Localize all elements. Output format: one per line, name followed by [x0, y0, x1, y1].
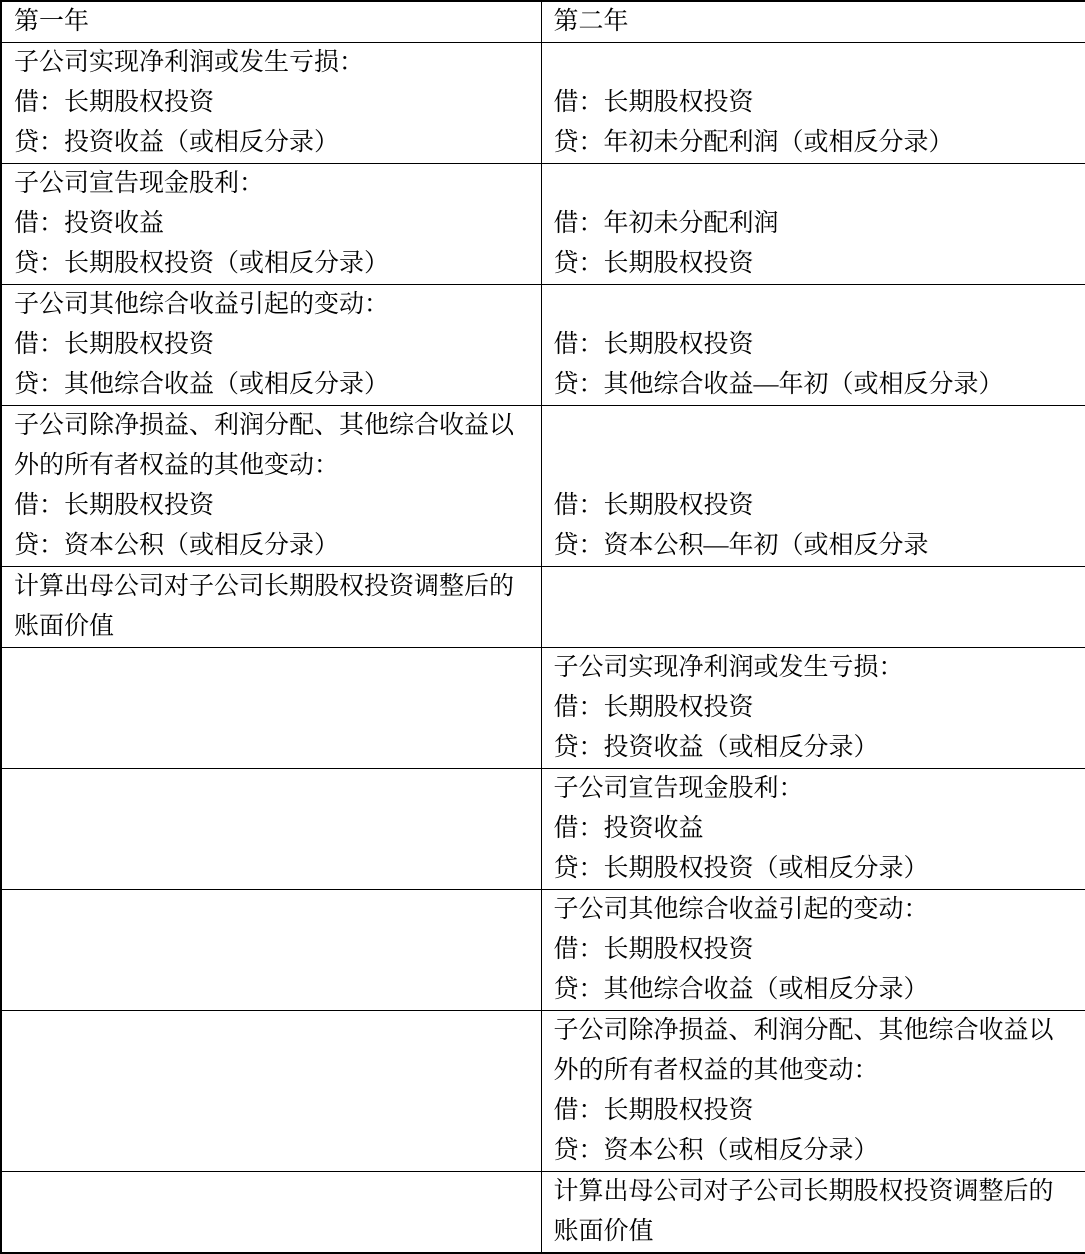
table-body: 子公司实现净利润或发生亏损：借：长期股权投资贷：投资收益（或相反分录） 借：长期…	[1, 43, 1085, 1254]
cell-left-row-1: 子公司实现净利润或发生亏损：借：长期股权投资贷：投资收益（或相反分录）	[1, 43, 541, 164]
cell-right-row-5	[541, 567, 1085, 648]
cell-right-row-8: 子公司其他综合收益引起的变动：借：长期股权投资贷：其他综合收益（或相反分录）	[541, 890, 1085, 1011]
cell-line: 贷：资本公积（或相反分录）	[14, 526, 531, 566]
cell-line: 贷：长期股权投资	[554, 244, 1076, 284]
table-row: 计算出母公司对子公司长期股权投资调整后的账面价值	[1, 1172, 1085, 1254]
cell-line: 计算出母公司对子公司长期股权投资调整后的账面价值	[554, 1172, 1076, 1252]
cell-right-row-2: 借：年初未分配利润贷：长期股权投资	[541, 164, 1085, 285]
cell-line: 贷：资本公积—年初（或相反分录	[554, 526, 1076, 566]
cell-line: 借：年初未分配利润	[554, 204, 1076, 244]
cell-right-row-4: 借：长期股权投资贷：资本公积—年初（或相反分录	[541, 406, 1085, 567]
cell-left-row-9	[1, 1011, 541, 1172]
cell-left-row-4: 子公司除净损益、利润分配、其他综合收益以外的所有者权益的其他变动：借：长期股权投…	[1, 406, 541, 567]
table-row: 子公司其他综合收益引起的变动：借：长期股权投资贷：其他综合收益（或相反分录） 借…	[1, 285, 1085, 406]
cell-right-row-3: 借：长期股权投资贷：其他综合收益—年初（或相反分录）	[541, 285, 1085, 406]
cell-line: 贷：其他综合收益（或相反分录）	[554, 970, 1076, 1010]
table-row: 子公司宣告现金股利：借：投资收益贷：长期股权投资（或相反分录）	[1, 769, 1085, 890]
cell-left-row-7	[1, 769, 541, 890]
cell-left-row-8	[1, 890, 541, 1011]
table-row: 子公司实现净利润或发生亏损：借：长期股权投资贷：投资收益（或相反分录）	[1, 648, 1085, 769]
cell-line: 借：长期股权投资	[554, 930, 1076, 970]
cell-left-row-10	[1, 1172, 541, 1254]
cell-line: 贷：长期股权投资（或相反分录）	[554, 849, 1076, 889]
cell-line: 借：长期股权投资	[14, 83, 531, 123]
table-row: 计算出母公司对子公司长期股权投资调整后的账面价值	[1, 567, 1085, 648]
cell-line: 计算出母公司对子公司长期股权投资调整后的账面价值	[14, 567, 531, 647]
cell-line: 借：长期股权投资	[14, 325, 531, 365]
cell-left-row-5: 计算出母公司对子公司长期股权投资调整后的账面价值	[1, 567, 541, 648]
cell-line	[554, 43, 1076, 83]
header-row: 第一年 第二年	[1, 1, 1085, 43]
cell-line: 贷：其他综合收益（或相反分录）	[14, 365, 531, 405]
cell-left-row-2: 子公司宣告现金股利：借：投资收益贷：长期股权投资（或相反分录）	[1, 164, 541, 285]
cell-line	[554, 446, 1076, 486]
cell-line: 子公司其他综合收益引起的变动：	[14, 285, 531, 325]
cell-line: 借：长期股权投资	[554, 688, 1076, 728]
column-header-year2: 第二年	[541, 1, 1085, 43]
cell-left-row-6	[1, 648, 541, 769]
cell-line: 子公司实现净利润或发生亏损：	[14, 43, 531, 83]
document-page: 第一年 第二年 子公司实现净利润或发生亏损：借：长期股权投资贷：投资收益（或相反…	[0, 0, 1085, 1254]
table-row: 子公司其他综合收益引起的变动：借：长期股权投资贷：其他综合收益（或相反分录）	[1, 890, 1085, 1011]
column-header-year1: 第一年	[1, 1, 541, 43]
cell-line: 借：长期股权投资	[554, 83, 1076, 123]
cell-left-row-3: 子公司其他综合收益引起的变动：借：长期股权投资贷：其他综合收益（或相反分录）	[1, 285, 541, 406]
cell-line: 贷：投资收益（或相反分录）	[554, 728, 1076, 768]
cell-line: 子公司宣告现金股利：	[14, 164, 531, 204]
cell-line: 借：长期股权投资	[554, 325, 1076, 365]
table-row: 子公司除净损益、利润分配、其他综合收益以外的所有者权益的其他变动：借：长期股权投…	[1, 1011, 1085, 1172]
cell-line: 子公司其他综合收益引起的变动：	[554, 890, 1076, 930]
cell-right-row-1: 借：长期股权投资贷：年初未分配利润（或相反分录）	[541, 43, 1085, 164]
cell-line: 贷：资本公积（或相反分录）	[554, 1131, 1076, 1171]
cell-line: 子公司除净损益、利润分配、其他综合收益以外的所有者权益的其他变动：	[554, 1011, 1076, 1091]
cell-line: 子公司宣告现金股利：	[554, 769, 1076, 809]
cell-line: 借：长期股权投资	[14, 486, 531, 526]
cell-line: 贷：其他综合收益—年初（或相反分录）	[554, 365, 1076, 405]
cell-line: 子公司除净损益、利润分配、其他综合收益以外的所有者权益的其他变动：	[14, 406, 531, 486]
cell-line: 借：投资收益	[14, 204, 531, 244]
cell-right-row-6: 子公司实现净利润或发生亏损：借：长期股权投资贷：投资收益（或相反分录）	[541, 648, 1085, 769]
cell-line: 借：长期股权投资	[554, 486, 1076, 526]
cell-line: 贷：长期股权投资（或相反分录）	[14, 244, 531, 284]
table-row: 子公司除净损益、利润分配、其他综合收益以外的所有者权益的其他变动：借：长期股权投…	[1, 406, 1085, 567]
table-row: 子公司实现净利润或发生亏损：借：长期股权投资贷：投资收益（或相反分录） 借：长期…	[1, 43, 1085, 164]
cell-line: 借：长期股权投资	[554, 1091, 1076, 1131]
cell-right-row-9: 子公司除净损益、利润分配、其他综合收益以外的所有者权益的其他变动：借：长期股权投…	[541, 1011, 1085, 1172]
cell-line: 贷：年初未分配利润（或相反分录）	[554, 123, 1076, 163]
cell-line: 借：投资收益	[554, 809, 1076, 849]
cell-line: 子公司实现净利润或发生亏损：	[554, 648, 1076, 688]
cell-line: 贷：投资收益（或相反分录）	[14, 123, 531, 163]
cell-right-row-7: 子公司宣告现金股利：借：投资收益贷：长期股权投资（或相反分录）	[541, 769, 1085, 890]
cell-right-row-10: 计算出母公司对子公司长期股权投资调整后的账面价值	[541, 1172, 1085, 1254]
year-comparison-table: 第一年 第二年 子公司实现净利润或发生亏损：借：长期股权投资贷：投资收益（或相反…	[0, 0, 1085, 1254]
cell-line	[554, 164, 1076, 204]
cell-line	[554, 406, 1076, 446]
table-row: 子公司宣告现金股利：借：投资收益贷：长期股权投资（或相反分录） 借：年初未分配利…	[1, 164, 1085, 285]
cell-line	[554, 285, 1076, 325]
